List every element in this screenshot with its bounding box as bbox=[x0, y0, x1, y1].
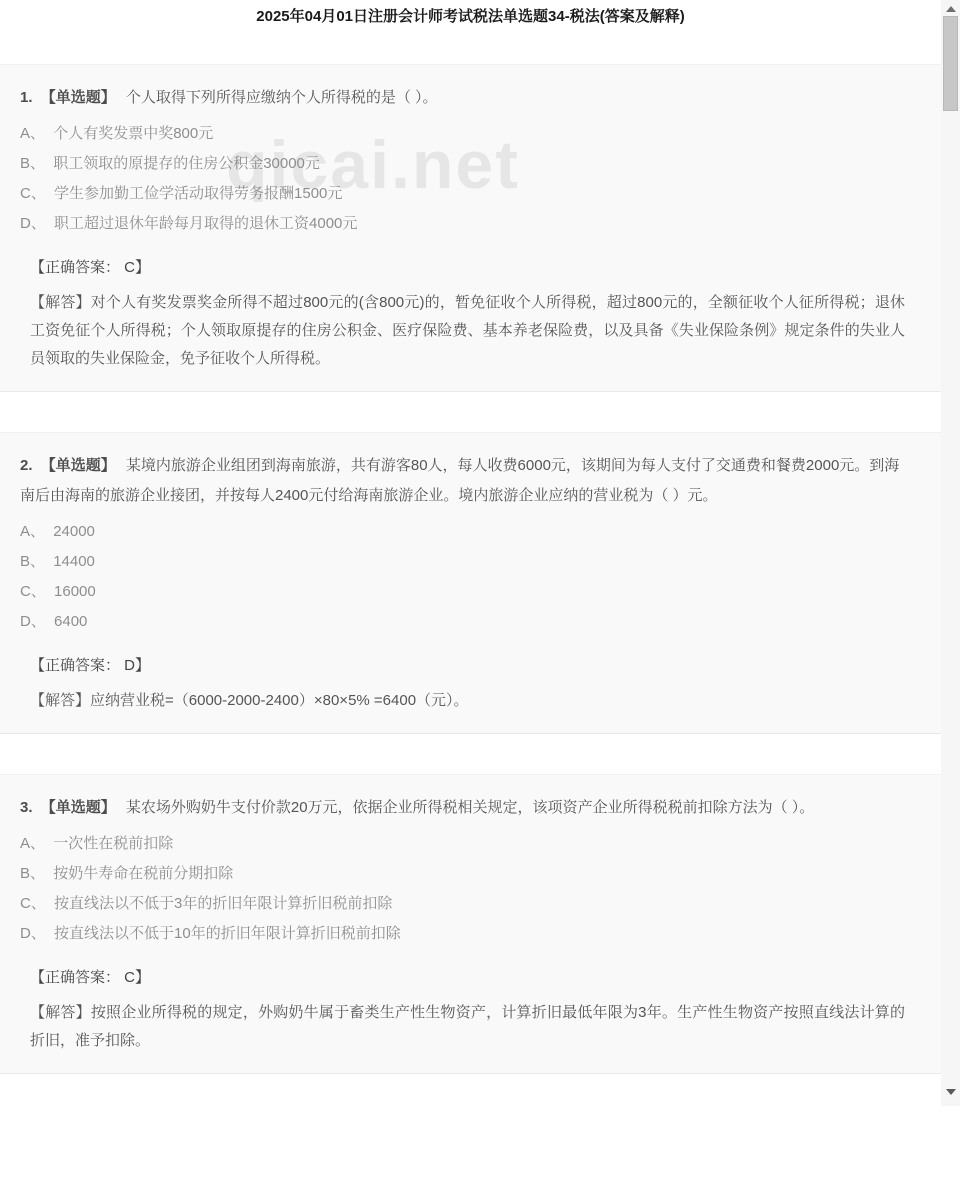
question-text: 某境内旅游企业组团到海南旅游，共有游客80人，每人收费6000元，该期间为每人支… bbox=[20, 457, 899, 504]
option-key: B、 bbox=[20, 155, 45, 172]
question-number: 1. bbox=[20, 89, 33, 106]
scrollbar-thumb[interactable] bbox=[943, 16, 958, 111]
option-key: C、 bbox=[20, 185, 46, 202]
question-card: 3. 【单选题】 某农场外购奶牛支付价款20万元，依据企业所得税相关规定，该项资… bbox=[0, 774, 941, 1074]
option-row: B、 按奶牛寿命在税前分期扣除 bbox=[20, 859, 905, 889]
page-content: 2025年04月01日注册会计师考试税法单选题34-税法(答案及解释) 1. 【… bbox=[0, 0, 941, 1106]
question-text: 个人取得下列所得应缴纳个人所得税的是（ ）。 bbox=[126, 89, 438, 106]
option-key: B、 bbox=[20, 865, 45, 882]
question-line: 3. 【单选题】 某农场外购奶牛支付价款20万元，依据企业所得税相关规定，该项资… bbox=[20, 793, 905, 823]
option-key: A、 bbox=[20, 523, 45, 540]
question-card: 1. 【单选题】 个人取得下列所得应缴纳个人所得税的是（ ）。 A、 个人有奖发… bbox=[0, 64, 941, 392]
question-type-label: 【单选题】 bbox=[41, 457, 116, 474]
question-number: 2. bbox=[20, 457, 33, 474]
browser-viewport: 2025年04月01日注册会计师考试税法单选题34-税法(答案及解释) 1. 【… bbox=[0, 0, 960, 1106]
option-row: D、 6400 bbox=[20, 607, 905, 637]
scroll-down-icon bbox=[946, 1089, 956, 1095]
explanation: 【解答】应纳营业税=（6000-2000-2400）×80×5% =6400（元… bbox=[30, 687, 905, 715]
option-text: 16000 bbox=[54, 583, 96, 600]
option-row: A、 一次性在税前扣除 bbox=[20, 829, 905, 859]
correct-answer: 【正确答案： C】 bbox=[30, 253, 905, 283]
option-text: 个人有奖发票中奖800元 bbox=[53, 125, 213, 142]
question-text: 某农场外购奶牛支付价款20万元，依据企业所得税相关规定，该项资产企业所得税税前扣… bbox=[126, 799, 814, 816]
option-key: D、 bbox=[20, 215, 46, 232]
option-row: D、 职工超过退休年龄每月取得的退休工资4000元 bbox=[20, 209, 905, 239]
scrollbar[interactable] bbox=[941, 0, 960, 1106]
option-text: 一次性在税前扣除 bbox=[53, 835, 173, 852]
question-number: 3. bbox=[20, 799, 33, 816]
option-row: B、 14400 bbox=[20, 547, 905, 577]
scroll-up-icon bbox=[946, 6, 956, 12]
option-row: A、 24000 bbox=[20, 517, 905, 547]
option-row: D、 按直线法以不低于10年的折旧年限计算折旧税前扣除 bbox=[20, 919, 905, 949]
option-key: D、 bbox=[20, 613, 46, 630]
option-text: 6400 bbox=[54, 613, 87, 630]
option-row: A、 个人有奖发票中奖800元 bbox=[20, 119, 905, 149]
option-text: 按奶牛寿命在税前分期扣除 bbox=[53, 865, 233, 882]
option-row: C、 学生参加勤工俭学活动取得劳务报酬1500元 bbox=[20, 179, 905, 209]
option-row: B、 职工领取的原提存的住房公积金30000元 bbox=[20, 149, 905, 179]
option-text: 按直线法以不低于3年的折旧年限计算折旧税前扣除 bbox=[54, 895, 392, 912]
option-key: C、 bbox=[20, 895, 46, 912]
page-title: 2025年04月01日注册会计师考试税法单选题34-税法(答案及解释) bbox=[0, 0, 941, 26]
question-line: 2. 【单选题】 某境内旅游企业组团到海南旅游，共有游客80人，每人收费6000… bbox=[20, 451, 905, 511]
option-key: B、 bbox=[20, 553, 45, 570]
option-text: 学生参加勤工俭学活动取得劳务报酬1500元 bbox=[54, 185, 342, 202]
option-key: A、 bbox=[20, 125, 45, 142]
option-row: C、 按直线法以不低于3年的折旧年限计算折旧税前扣除 bbox=[20, 889, 905, 919]
correct-answer: 【正确答案： D】 bbox=[30, 651, 905, 681]
option-text: 14400 bbox=[53, 553, 95, 570]
scroll-down-button[interactable] bbox=[941, 1083, 960, 1100]
question-card: 2. 【单选题】 某境内旅游企业组团到海南旅游，共有游客80人，每人收费6000… bbox=[0, 432, 941, 734]
option-key: C、 bbox=[20, 583, 46, 600]
option-key: A、 bbox=[20, 835, 45, 852]
question-line: 1. 【单选题】 个人取得下列所得应缴纳个人所得税的是（ ）。 bbox=[20, 83, 905, 113]
explanation: 【解答】按照企业所得税的规定，外购奶牛属于畜类生产性生物资产，计算折旧最低年限为… bbox=[30, 999, 905, 1055]
correct-answer: 【正确答案： C】 bbox=[30, 963, 905, 993]
option-key: D、 bbox=[20, 925, 46, 942]
question-type-label: 【单选题】 bbox=[41, 799, 116, 816]
scroll-up-button[interactable] bbox=[941, 0, 960, 17]
option-text: 职工超过退休年龄每月取得的退休工资4000元 bbox=[54, 215, 357, 232]
option-row: C、 16000 bbox=[20, 577, 905, 607]
option-text: 24000 bbox=[53, 523, 95, 540]
option-text: 按直线法以不低于10年的折旧年限计算折旧税前扣除 bbox=[54, 925, 401, 942]
option-text: 职工领取的原提存的住房公积金30000元 bbox=[53, 155, 320, 172]
question-type-label: 【单选题】 bbox=[41, 89, 116, 106]
explanation: 【解答】对个人有奖发票奖金所得不超过800元的(含800元)的，暂免征收个人所得… bbox=[30, 289, 905, 373]
